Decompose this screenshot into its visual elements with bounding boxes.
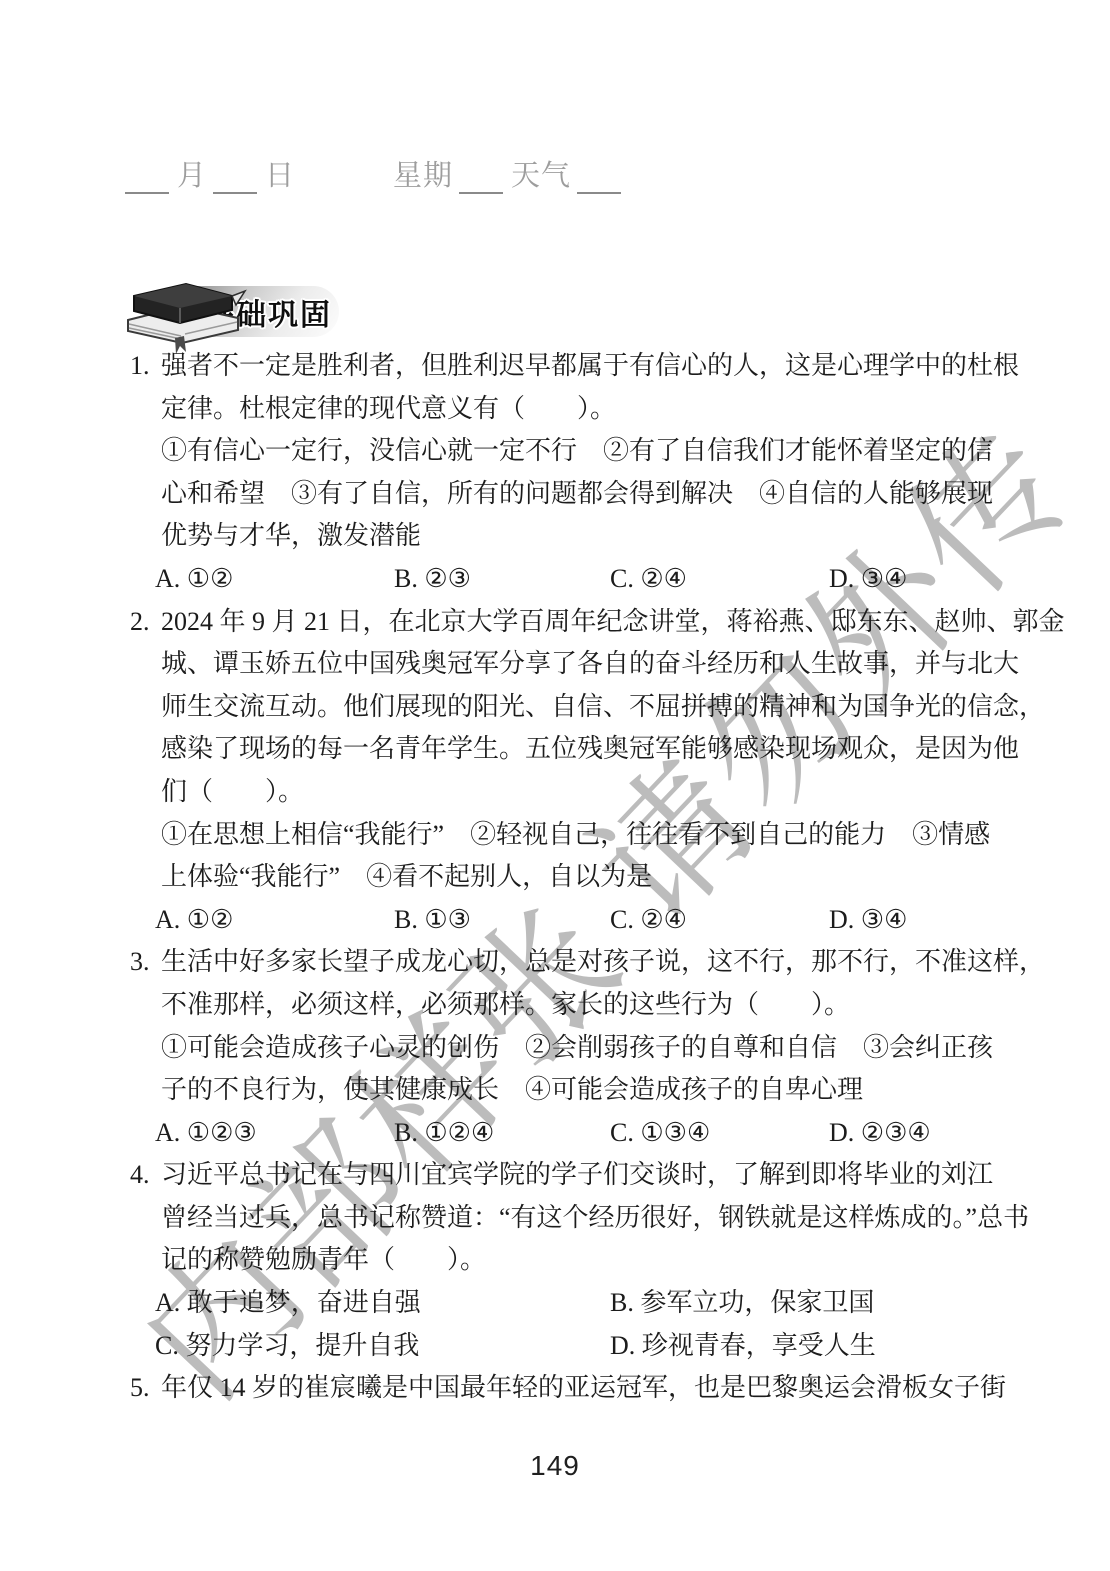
question-list: 1. 强者不一定是胜利者，但胜利迟早都属于有信心的人，这是心理学中的杜根 定律。… (130, 345, 980, 1410)
question-line: 城、谭玉娇五位中国残奥冠军分享了各自的奋斗经历和人生故事，并与北大 (161, 643, 980, 686)
question-line: 不准那样，必须这样，必须那样。家长的这些行为（ ）。 (161, 984, 980, 1027)
option-b: B. ②③ (394, 558, 610, 601)
day-label: 日 (257, 158, 301, 194)
option-d: D. ②③④ (829, 1112, 980, 1155)
weather-label: 天气 (503, 158, 577, 194)
question-line: 生活中好多家长望子成龙心切，总是对孩子说，这不行，那不行，不准这样， (161, 941, 980, 984)
question-number: 2. (130, 601, 150, 644)
month-blank-line (125, 160, 169, 194)
question-line: 上体验“我能行” ④看不起别人，自以为是 (161, 856, 980, 899)
question-4: 4. 习近平总书记在与四川宜宾学院的学子们交谈时，了解到即将毕业的刘江 曾经当过… (130, 1154, 980, 1367)
option-a: A. 敢于追梦，奋进自强 (155, 1282, 610, 1325)
question-line: 感染了现场的每一名青年学生。五位残奥冠军能够感染现场观众，是因为他 (161, 728, 980, 771)
question-1: 1. 强者不一定是胜利者，但胜利迟早都属于有信心的人，这是心理学中的杜根 定律。… (130, 345, 980, 601)
option-a: A. ①② (155, 899, 394, 942)
question-2: 2. 2024 年 9 月 21 日，在北京大学百周年纪念讲堂，蒋裕燕、邸东东、… (130, 601, 980, 942)
content-layer: 月 日 星期 天气 基础巩固 (0, 0, 1110, 1571)
question-5: 5. 年仅 14 岁的崔宸曦是中国最年轻的亚运冠军，也是巴黎奥运会滑板女子街 (130, 1367, 980, 1410)
question-line: 师生交流互动。他们展现的阳光、自信、不屈拼搏的精神和为国争光的信念， (161, 686, 980, 729)
question-3: 3. 生活中好多家长望子成龙心切，总是对孩子说，这不行，那不行，不准这样， 不准… (130, 941, 980, 1154)
option-c: C. ②④ (610, 899, 829, 942)
option-c: C. ①③④ (610, 1112, 829, 1155)
question-number: 4. (130, 1154, 150, 1197)
question-line: 2024 年 9 月 21 日，在北京大学百周年纪念讲堂，蒋裕燕、邸东东、赵帅、… (161, 601, 980, 644)
month-label: 月 (169, 158, 213, 194)
option-d: D. 珍视青春，享受人生 (610, 1325, 980, 1368)
question-number: 3. (130, 941, 150, 984)
option-a: A. ①②③ (155, 1112, 394, 1155)
weather-blank-line (577, 160, 621, 194)
question-line: 强者不一定是胜利者，但胜利迟早都属于有信心的人，这是心理学中的杜根 (161, 345, 980, 388)
option-c: C. 努力学习，提升自我 (155, 1325, 610, 1368)
options-row: C. 努力学习，提升自我 D. 珍视青春，享受人生 (155, 1325, 980, 1368)
date-row: 月 日 星期 天气 (125, 158, 621, 194)
day-blank-line (213, 160, 257, 194)
section-badge: 基础巩固 (118, 270, 378, 354)
question-line: ①可能会造成孩子心灵的创伤 ②会削弱孩子的自尊和自信 ③会纠正孩 (161, 1027, 980, 1070)
question-number: 5. (130, 1367, 150, 1410)
question-line: 子的不良行为，使其健康成长 ④可能会造成孩子的自卑心理 (161, 1069, 980, 1112)
options-row: A. ①② B. ②③ C. ②④ D. ③④ (155, 558, 980, 601)
options-row: A. 敢于追梦，奋进自强 B. 参军立功，保家卫国 (155, 1282, 980, 1325)
week-label: 星期 (385, 158, 459, 194)
question-line: 记的称赞勉励青年（ ）。 (161, 1239, 980, 1282)
option-d: D. ③④ (829, 899, 980, 942)
question-line: 年仅 14 岁的崔宸曦是中国最年轻的亚运冠军，也是巴黎奥运会滑板女子街 (161, 1367, 980, 1410)
question-line: 习近平总书记在与四川宜宾学院的学子们交谈时，了解到即将毕业的刘江 (161, 1154, 980, 1197)
option-a: A. ①② (155, 558, 394, 601)
question-line: ①有信心一定行，没信心就一定不行 ②有了自信我们才能怀着坚定的信 (161, 430, 980, 473)
workbook-page: 内部样张 请勿外传 月 日 星期 天气 基础巩固 (0, 0, 1110, 1571)
option-d: D. ③④ (829, 558, 980, 601)
option-c: C. ②④ (610, 558, 829, 601)
question-line: ①在思想上相信“我能行” ②轻视自己，往往看不到自己的能力 ③情感 (161, 814, 980, 857)
week-blank-line (459, 160, 503, 194)
options-row: A. ①②③ B. ①②④ C. ①③④ D. ②③④ (155, 1112, 980, 1155)
options-row: A. ①② B. ①③ C. ②④ D. ③④ (155, 899, 980, 942)
page-number: 149 (0, 1450, 1110, 1482)
question-line: 们（ ）。 (161, 771, 980, 814)
question-line: 定律。杜根定律的现代意义有（ ）。 (161, 388, 980, 431)
option-b: B. ①②④ (394, 1112, 610, 1155)
question-number: 1. (130, 345, 150, 388)
question-line: 心和希望 ③有了自信，所有的问题都会得到解决 ④自信的人能够展现 (161, 473, 980, 516)
question-line: 优势与才华，激发潜能 (161, 515, 980, 558)
question-line: 曾经当过兵，总书记称赞道：“有这个经历很好，钢铁就是这样炼成的。”总书 (161, 1197, 980, 1240)
option-b: B. 参军立功，保家卫国 (610, 1282, 980, 1325)
option-b: B. ①③ (394, 899, 610, 942)
